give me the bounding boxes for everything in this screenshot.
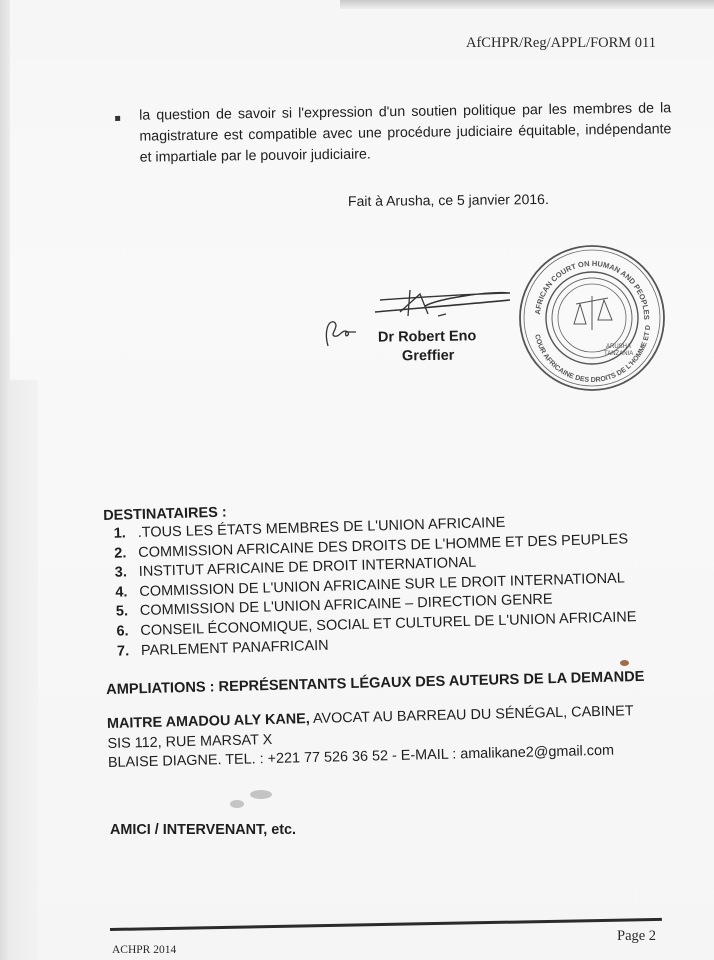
ink-smudge	[250, 790, 272, 799]
recipients-section: DESTINATAIRES : 1..TOUS LES ÉTATS MEMBRE…	[103, 492, 667, 662]
form-code: AfCHPR/Reg/APPL/FORM 011	[466, 35, 656, 52]
page-number: Page 2	[617, 928, 656, 945]
svg-text:ARUSHA: ARUSHA	[606, 344, 631, 350]
place-date: Fait à Arusha, ce 5 janvier 2016.	[348, 191, 549, 209]
signature-block: Dr Robert Eno Greffier	[320, 288, 520, 368]
signer-name: Dr Robert Eno	[378, 328, 476, 345]
court-seal-icon: AFRICAN COURT ON HUMAN AND PEOPLES' RIGH…	[518, 244, 666, 392]
lawyer-details: MAITRE AMADOU ALY KANE, AVOCAT AU BARREA…	[107, 701, 668, 773]
ink-smudge	[230, 800, 244, 808]
paper-stain	[620, 660, 629, 666]
svg-text:TANZANIA: TANZANIA	[604, 351, 633, 357]
footer-divider	[110, 918, 662, 931]
document-page: AfCHPR/Reg/APPL/FORM 011 la question de …	[0, 0, 714, 960]
bullet-paragraph: la question de savoir si l'expression d'…	[115, 98, 672, 169]
signer-title: Greffier	[402, 348, 455, 365]
recipients-list: 1..TOUS LES ÉTATS MEMBRES DE L'UNION AFR…	[103, 509, 667, 662]
lawyer-name: MAITRE AMADOU ALY KANE,	[107, 711, 310, 732]
bullet-text: la question de savoir si l'expression d'…	[139, 98, 672, 168]
scan-edge-shadow	[10, 380, 38, 960]
ampliations-section: AMPLIATIONS : REPRÉSENTANTS LÉGAUX DES A…	[106, 668, 668, 773]
ampliations-title: AMPLIATIONS : REPRÉSENTANTS LÉGAUX DES A…	[106, 668, 666, 698]
scan-top-shadow	[340, 0, 714, 9]
footer-left: ACHPR 2014	[112, 944, 176, 956]
scan-edge	[0, 0, 10, 960]
bullet-icon	[115, 116, 120, 121]
amici-line: AMICI / INTERVENANT, etc.	[110, 822, 296, 838]
